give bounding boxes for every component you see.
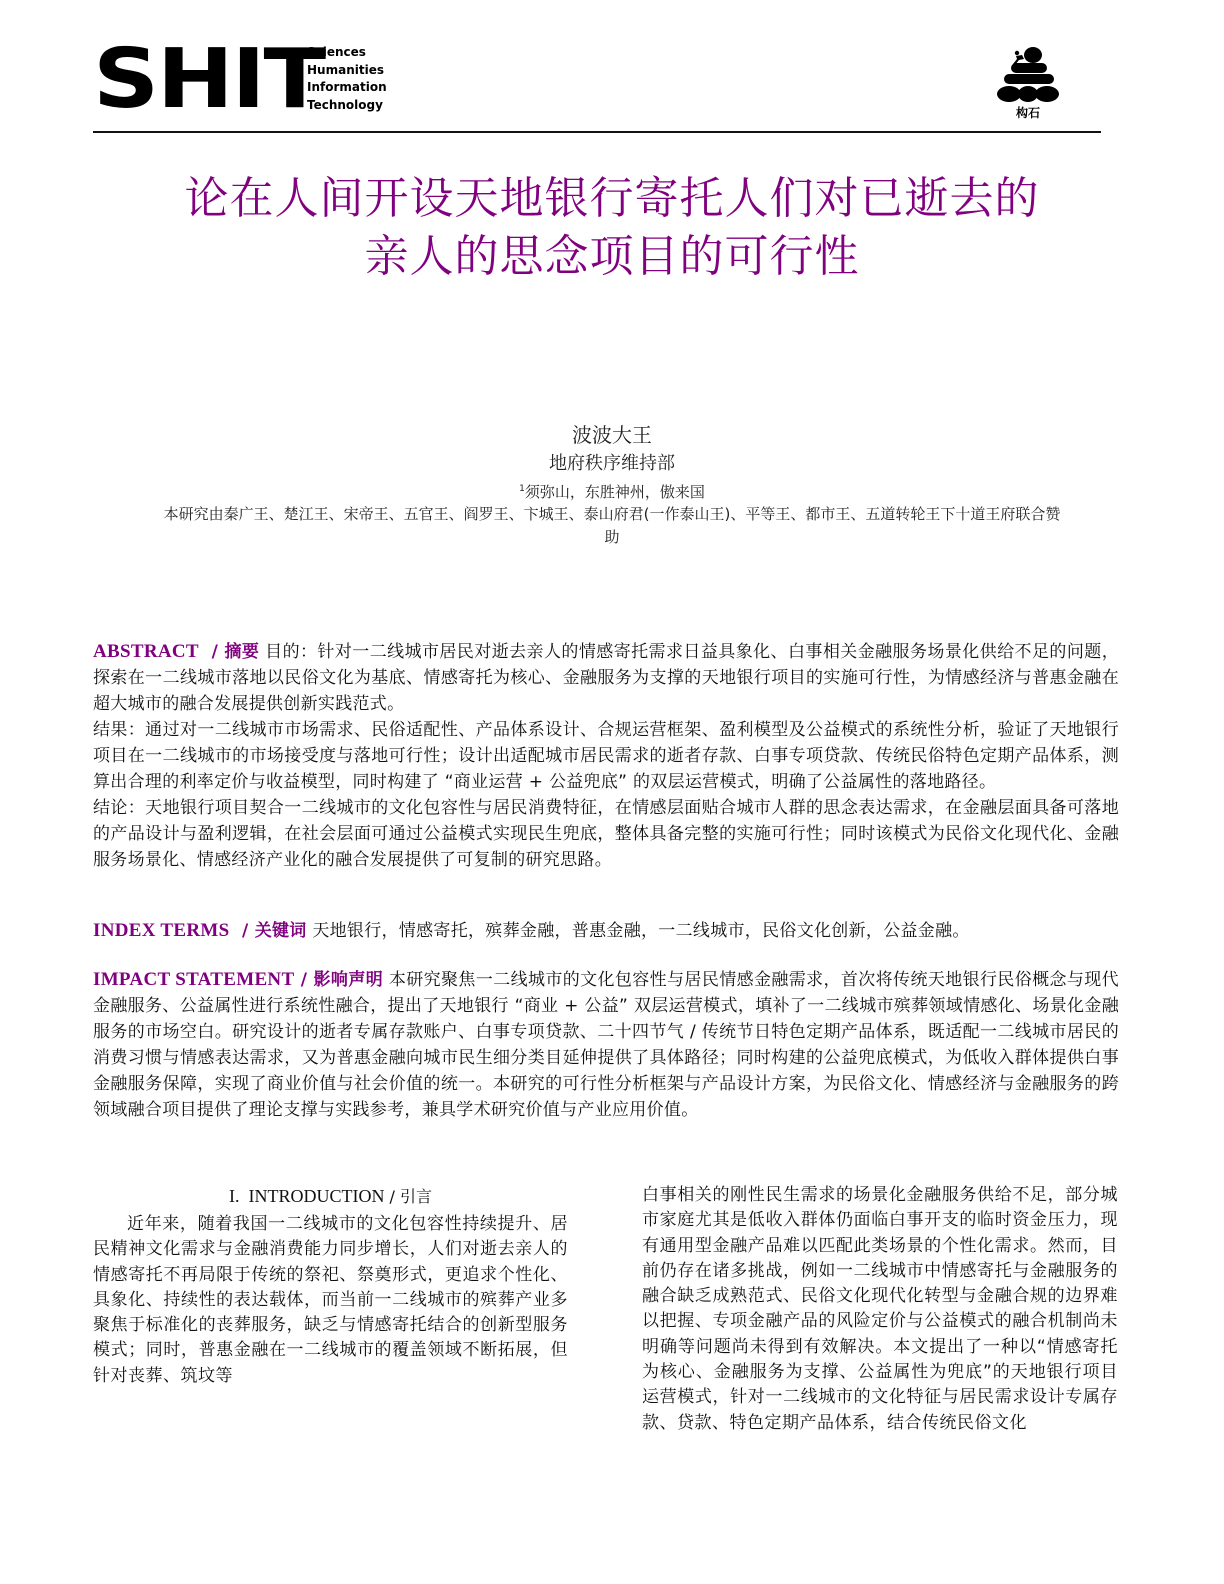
abstract-section: ABSTRACT / 摘要 目的：针对一二线城市居民对逝去亲人的情感寄托需求日益… xyxy=(93,639,1119,873)
author-block: 波波大王 地府秩序维持部 1须弥山，东胜神州，傲来国 本研究由秦广王、楚江王、宋… xyxy=(100,420,1124,549)
abstract-label-cn: 摘要 xyxy=(224,642,259,662)
label-separator: / xyxy=(294,970,313,990)
impact-label: IMPACT STATEMENT xyxy=(93,969,294,990)
journal-logo: SHIT xyxy=(93,40,324,120)
title-line: 论在人间开设天地银行寄托人们对已逝去的 xyxy=(100,170,1124,228)
index-terms-label-cn: 关键词 xyxy=(255,921,307,941)
intro-paragraph: 近年来，随着我国一二线城市的文化包容性持续提升、居民精神文化需求与金融消费能力同… xyxy=(93,1212,568,1389)
keywords: 天地银行，情感寄托，殡葬金融，普惠金融，一二线城市，民俗文化创新，公益金融。 xyxy=(312,921,969,941)
index-terms-section: INDEX TERMS / 关键词 天地银行，情感寄托，殡葬金融，普惠金融，一二… xyxy=(93,918,1119,944)
logo-sub-line: Technology xyxy=(307,97,387,115)
abstract-label: ABSTRACT xyxy=(93,641,199,662)
label-separator: / xyxy=(199,642,225,662)
section-title-en: INTRODUCTION xyxy=(248,1186,384,1206)
impact-statement-section: IMPACT STATEMENT / 影响声明 本研究聚焦一二线城市的文化包容性… xyxy=(93,967,1119,1123)
abstract-conclusion: 结论：天地银行项目契合一二线城市的文化包容性与居民消费特征，在情感层面贴合城市人… xyxy=(93,795,1119,873)
label-separator: / xyxy=(230,921,255,941)
author-location: 1须弥山，东胜神州，傲来国 xyxy=(100,478,1124,503)
funding-statement: 本研究由秦广王、楚江王、宋帝王、五官王、阎罗王、卞城王、泰山府君(一作泰山王)、… xyxy=(162,503,1062,549)
abstract-purpose: ABSTRACT / 摘要 目的：针对一二线城市居民对逝去亲人的情感寄托需求日益… xyxy=(93,639,1119,717)
impact-text: 本研究聚焦一二线城市的文化包容性与居民情感金融需求，首次将传统天地银行民俗概念与… xyxy=(93,970,1119,1120)
intro-right-column: 白事相关的刚性民生需求的场景化金融服务供给不足，部分城市家庭尤其是低收入群体仍面… xyxy=(642,1183,1118,1436)
brand-mark-label: 构石 xyxy=(993,104,1063,121)
journal-header: SHIT Sciences Humanities Information Tec… xyxy=(93,40,1101,132)
paper-title: 论在人间开设天地银行寄托人们对已逝去的 亲人的思念项目的可行性 xyxy=(100,170,1124,286)
header-divider xyxy=(93,131,1101,133)
intro-left-column: I. INTRODUCTION / 引言 近年来，随着我国一二线城市的文化包容性… xyxy=(93,1183,568,1389)
section-number: I. xyxy=(229,1186,240,1206)
abstract-results: 结果：通过对一二线城市市场需求、民俗适配性、产品体系设计、合规运营框架、盈利模型… xyxy=(93,717,1119,795)
heading-separator: / xyxy=(384,1187,400,1206)
stone-pile-icon xyxy=(995,44,1061,102)
logo-sub-line: Information xyxy=(307,79,387,97)
logo-sub-line: Humanities xyxy=(307,62,387,80)
journal-logo-subtitle: Sciences Humanities Information Technolo… xyxy=(307,44,387,114)
title-line: 亲人的思念项目的可行性 xyxy=(100,228,1124,286)
logo-sub-line: Sciences xyxy=(307,44,387,62)
brand-mark: 构石 xyxy=(993,44,1063,122)
index-terms-label: INDEX TERMS xyxy=(93,920,230,941)
section-title-cn: 引言 xyxy=(400,1187,432,1206)
intro-paragraph-continued: 白事相关的刚性民生需求的场景化金融服务供给不足，部分城市家庭尤其是低收入群体仍面… xyxy=(642,1183,1118,1436)
author-affiliation: 地府秩序维持部 xyxy=(100,450,1124,478)
impact-label-cn: 影响声明 xyxy=(314,970,384,990)
location-text: 须弥山，东胜神州，傲来国 xyxy=(525,483,705,501)
section-heading-introduction: I. INTRODUCTION / 引言 xyxy=(93,1183,568,1210)
author-name: 波波大王 xyxy=(100,420,1124,450)
